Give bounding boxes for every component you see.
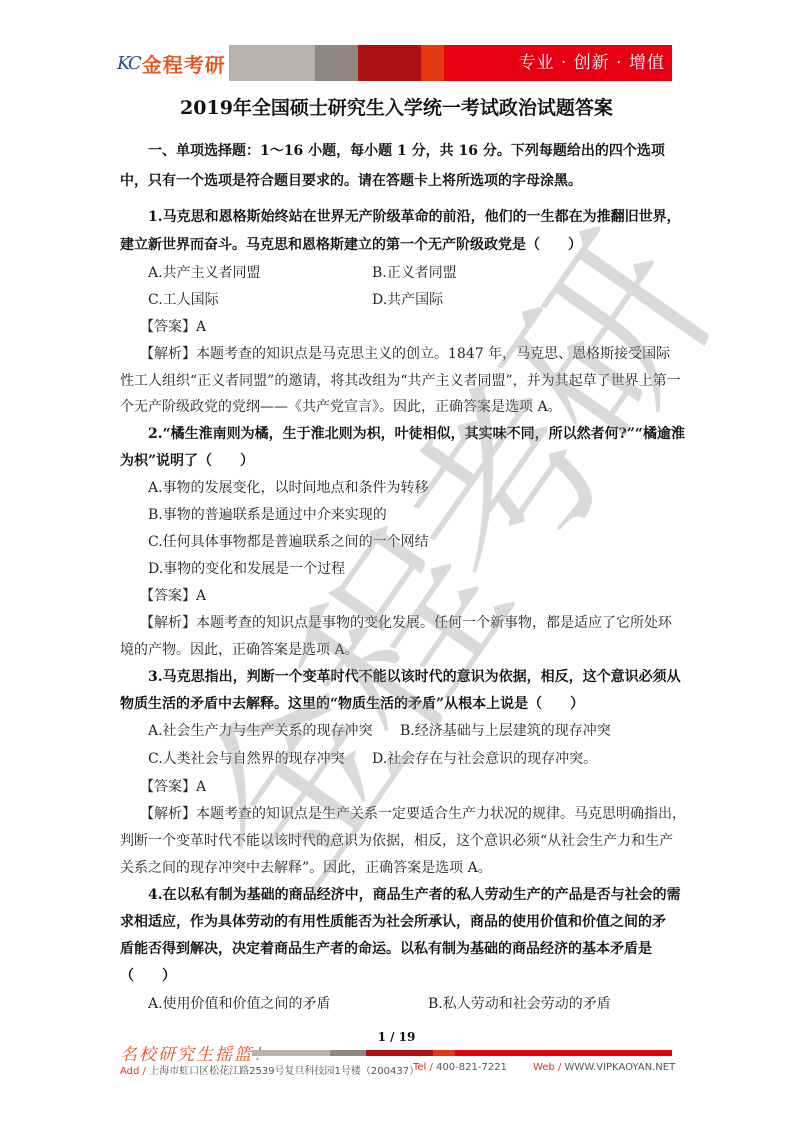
header-bar-segment-1: [229, 45, 315, 81]
question-stem: 4.在以私有制为基础的商品经济中，商品生产者的私人劳动生产的产品是否与社会的需: [148, 884, 681, 904]
footer-bar-segment-1: [252, 1050, 330, 1056]
question-stem: 1.马克思和恩格斯始终站在世界无产阶级革命的前沿，他们的一生都在为推翻旧世界，: [148, 206, 681, 226]
header-bar-segment-4: [421, 45, 444, 81]
question-stem: 3.马克思指出，判断一个变革时代不能以该时代的意识为依据，相反，这个意识必须从: [148, 666, 681, 686]
option-b: B.正义者同盟: [372, 262, 457, 282]
option-b: B.经济基础与上层建筑的现存冲突: [400, 720, 611, 740]
section-intro-line: 中，只有一个选项是符合题目要求的。请在答题卡上将所选项的字母涂黑。: [120, 170, 582, 190]
question-stem: 为枳”说明了（ ）: [120, 450, 254, 470]
address-value: 上海市虹口区松花江路2539号复旦科技园1号楼（200437）: [149, 1066, 419, 1077]
question-stem: 盾能否得到解决，决定着商品生产者的命运。以私有制为基础的商品经济的基本矛盾是: [120, 938, 652, 958]
answer: 【答案】A: [140, 585, 206, 605]
footer-bar-segment-5: [455, 1050, 672, 1056]
answer: 【答案】A: [140, 316, 206, 336]
question-stem: （ ）: [120, 965, 176, 985]
option-b: B.私人劳动和社会劳动的矛盾: [428, 993, 611, 1013]
analysis-line: 【解析】本题考查的知识点是事物的变化发展。任何一个新事物，都是适应了它所处环: [140, 612, 672, 632]
option-d: D.社会存在与社会意识的现存冲突。: [372, 748, 597, 768]
header-slogan: 专业 · 创新 · 增值: [519, 45, 665, 81]
analysis-line: 性工人组织“正义者同盟”的邀请，将其改组为“共产主义者同盟”，并为其起草了世界上…: [120, 370, 681, 390]
analysis-line: 判断一个变革时代不能以该时代的意识为依据，相反，这个意识必须“从社会生产力和生产: [120, 830, 673, 850]
web-label: Web /: [533, 1062, 561, 1073]
tel-label: Tel /: [413, 1062, 433, 1073]
footer-bar-segment-4: [433, 1050, 455, 1056]
header-bar-segment-2: [315, 45, 358, 81]
brand-name: 金程考研: [142, 49, 226, 78]
option-b: B.事物的普遍联系是通过中介来实现的: [148, 504, 387, 524]
analysis-line: 个无产阶级政党的党纲——《共产党宣言》。因此，正确答案是选项 A。: [120, 396, 562, 416]
analysis-line: 【解析】本题考查的知识点是马克思主义的创立。1847 年，马克思、恩格斯接受国际: [140, 343, 670, 363]
question-stem: 物质生活的矛盾中去解释。这里的“物质生活的矛盾”从根本上说是（ ）: [120, 693, 584, 713]
web-value: WWW.VIPKAOYAN.NET: [565, 1062, 676, 1073]
footer-tel: Tel / 400-821-7221: [413, 1062, 507, 1073]
option-a: A.共产主义者同盟: [148, 262, 261, 282]
brand-logo: KC 金程考研: [117, 46, 226, 80]
document-page: KC 金程考研 专业 · 创新 · 增值 2019年全国硕士研究生入学统一考试政…: [0, 0, 793, 1122]
analysis-line: 关系之间的现存冲突中去解释”。因此，正确答案是选项 A。: [120, 857, 492, 877]
option-c: C.人类社会与自然界的现存冲突: [148, 748, 345, 768]
question-stem: 建立新世界而奋斗。马克思和恩格斯建立的第一个无产阶级政党是（ ）: [120, 234, 582, 254]
header-bar-segment-3: [358, 45, 421, 81]
document-title: 2019年全国硕士研究生入学统一考试政治试题答案: [0, 93, 793, 120]
option-d: D.共产国际: [372, 289, 443, 309]
footer-bar-segment-3: [366, 1050, 433, 1056]
option-c: C.工人国际: [148, 289, 219, 309]
kc-logo-icon: KC: [117, 53, 140, 74]
section-intro-line: 一、单项选择题：1～16 小题，每小题 1 分，共 16 分。下列每题给出的四个…: [148, 140, 665, 160]
analysis-line: 【解析】本题考查的知识点是生产关系一定要适合生产力状况的规律。马克思明确指出，: [140, 803, 686, 823]
option-a: A.社会生产力与生产关系的现存冲突: [148, 720, 373, 740]
option-d: D.事物的变化和发展是一个过程: [148, 558, 345, 578]
analysis-line: 境的产物。因此，正确答案是选项 A。: [120, 639, 359, 659]
page-number: 1 / 19: [0, 1030, 793, 1044]
option-a: A.使用价值和价值之间的矛盾: [148, 993, 331, 1013]
footer-bar-segment-2: [330, 1050, 366, 1056]
answer: 【答案】A: [140, 776, 206, 796]
question-stem: 求相适应，作为具体劳动的有用性质能否为社会所承认，商品的使用价值和价值之间的矛: [120, 911, 666, 931]
option-a: A.事物的发展变化，以时间地点和条件为转移: [148, 477, 429, 497]
tel-value: 400-821-7221: [436, 1062, 507, 1073]
option-c: C.任何具体事物都是普遍联系之间的一个网结: [148, 531, 429, 551]
question-stem: 2.“橘生淮南则为橘，生于淮北则为枳，叶徒相似，其实味不同，所以然者何?”“橘逾…: [148, 423, 685, 443]
footer-address: Add / 上海市虹口区松花江路2539号复旦科技园1号楼（200437）: [120, 1062, 419, 1077]
address-label: Add /: [120, 1066, 146, 1077]
footer-web: Web / WWW.VIPKAOYAN.NET: [533, 1062, 675, 1073]
